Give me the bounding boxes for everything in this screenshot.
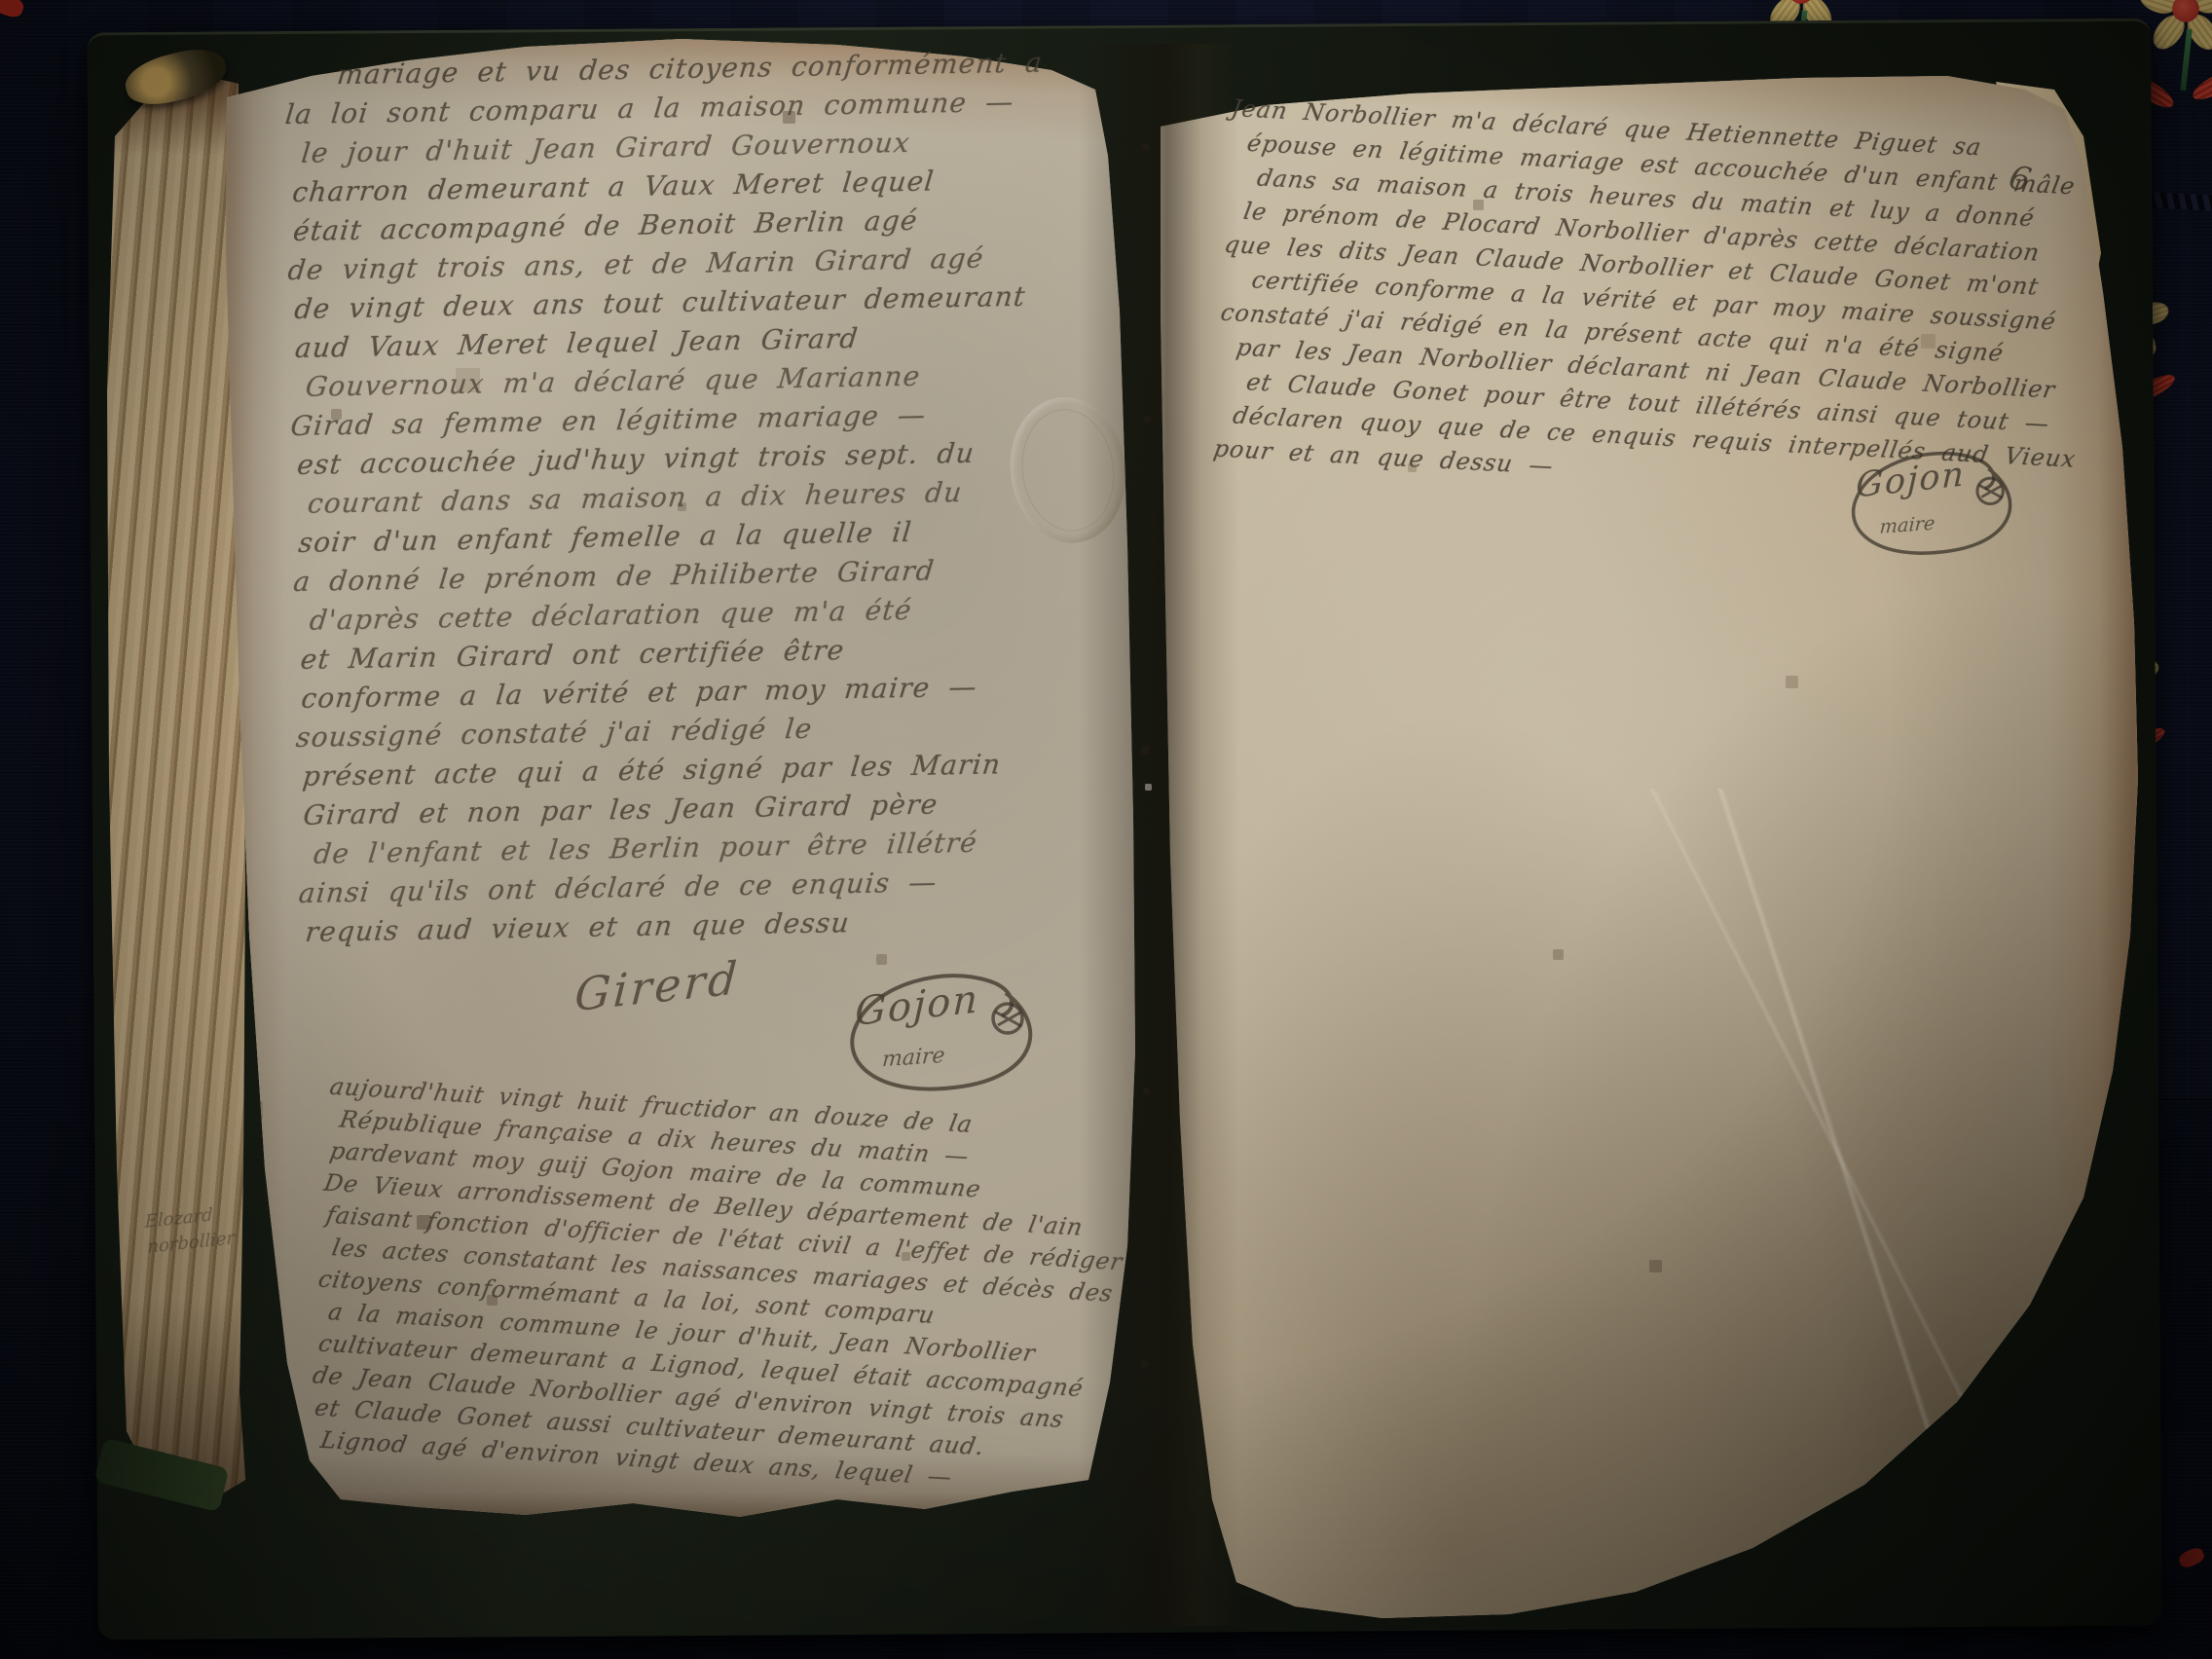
flower-stem xyxy=(2180,29,2192,92)
signature-title-maire: maire xyxy=(1879,513,1935,538)
left-page-act-text: mariage et vu des citoyens conformément … xyxy=(290,44,1058,952)
embroidery-red-fragment xyxy=(2177,1545,2206,1569)
signature-flourish xyxy=(1813,436,2027,565)
signature-flourish xyxy=(806,956,1050,1102)
signature-title-maire: maire xyxy=(881,1044,945,1073)
signature-mayor-right: Gojon maire xyxy=(1813,436,2027,565)
photograph-of-register-book: mariage et vu des citoyens conformément … xyxy=(0,0,2212,1659)
binding-stitch-holes xyxy=(1145,0,1146,1)
left-page-second-act-text: aujourd'huit vingt huit fructidor an dou… xyxy=(313,1071,1131,1503)
margin-note: Elozard norbollier xyxy=(144,1200,237,1260)
embroidery-red-fragment xyxy=(0,0,25,19)
signature-mayor-left: Gojon maire xyxy=(806,956,1050,1102)
flower-leaf xyxy=(2189,65,2212,105)
